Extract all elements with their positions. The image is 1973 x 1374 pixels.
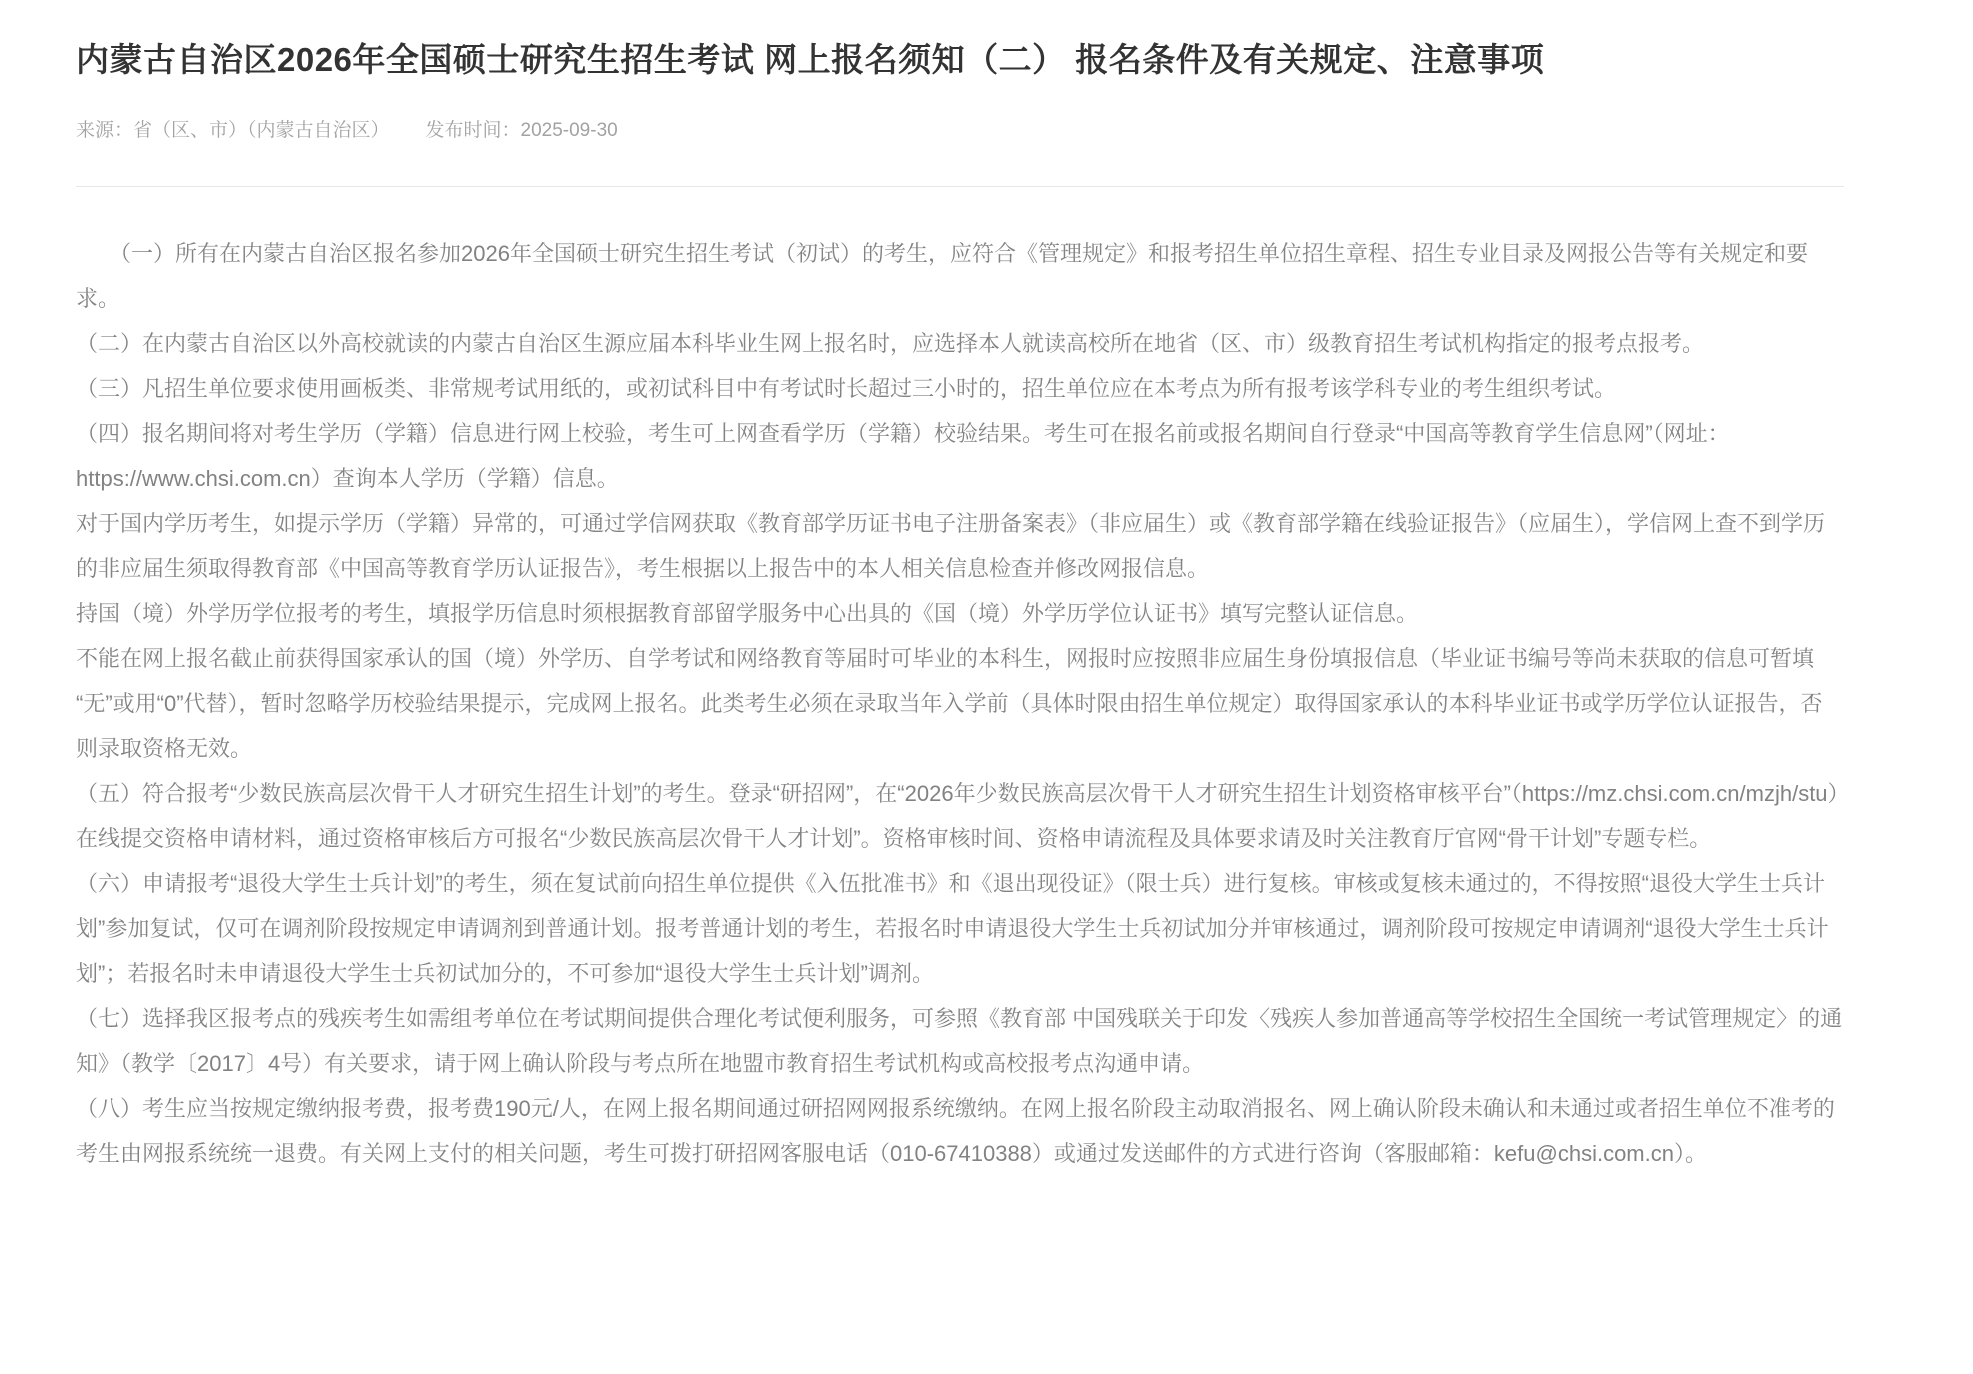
article-meta: 来源：省（区、市）（内蒙古自治区）发布时间：2025-09-30 — [76, 118, 1844, 144]
paragraph: （六）申请报考“退役大学生士兵计划”的考生，须在复试前向招生单位提供《入伍批准书… — [76, 861, 1844, 996]
paragraph: 不能在网上报名截止前获得国家承认的国（境）外学历、自学考试和网络教育等届时可毕业… — [76, 636, 1844, 771]
paragraph: （五）符合报考“少数民族高层次骨干人才研究生招生计划”的考生。登录“研招网”，在… — [76, 771, 1844, 861]
paragraph: （八）考生应当按规定缴纳报考费，报考费190元/人，在网上报名期间通过研招网网报… — [76, 1086, 1844, 1176]
paragraph: 持国（境）外学历学位报考的考生，填报学历信息时须根据教育部留学服务中心出具的《国… — [76, 591, 1844, 636]
article-body: （一）所有在内蒙古自治区报名参加2026年全国硕士研究生招生考试（初试）的考生，… — [76, 231, 1844, 1176]
article-page: 内蒙古自治区2026年全国硕士研究生招生考试 网上报名须知（二） 报名条件及有关… — [0, 0, 1973, 1374]
article-source: 来源：省（区、市）（内蒙古自治区） — [76, 120, 390, 141]
article-publish-date: 发布时间：2025-09-30 — [426, 120, 618, 141]
paragraph: （二）在内蒙古自治区以外高校就读的内蒙古自治区生源应届本科毕业生网上报名时，应选… — [76, 321, 1844, 366]
page-title: 内蒙古自治区2026年全国硕士研究生招生考试 网上报名须知（二） 报名条件及有关… — [76, 0, 1844, 82]
paragraph: （三）凡招生单位要求使用画板类、非常规考试用纸的，或初试科目中有考试时长超过三小… — [76, 366, 1844, 411]
paragraph: （七）选择我区报考点的残疾考生如需组考单位在考试期间提供合理化考试便利服务，可参… — [76, 996, 1844, 1086]
paragraph: （一）所有在内蒙古自治区报名参加2026年全国硕士研究生招生考试（初试）的考生，… — [76, 231, 1844, 321]
paragraph: 对于国内学历考生，如提示学历（学籍）异常的，可通过学信网获取《教育部学历证书电子… — [76, 501, 1844, 591]
article-content: 内蒙古自治区2026年全国硕士研究生招生考试 网上报名须知（二） 报名条件及有关… — [76, 0, 1844, 1176]
content-divider — [76, 186, 1844, 187]
paragraph: （四）报名期间将对考生学历（学籍）信息进行网上校验，考生可上网查看学历（学籍）校… — [76, 411, 1844, 501]
